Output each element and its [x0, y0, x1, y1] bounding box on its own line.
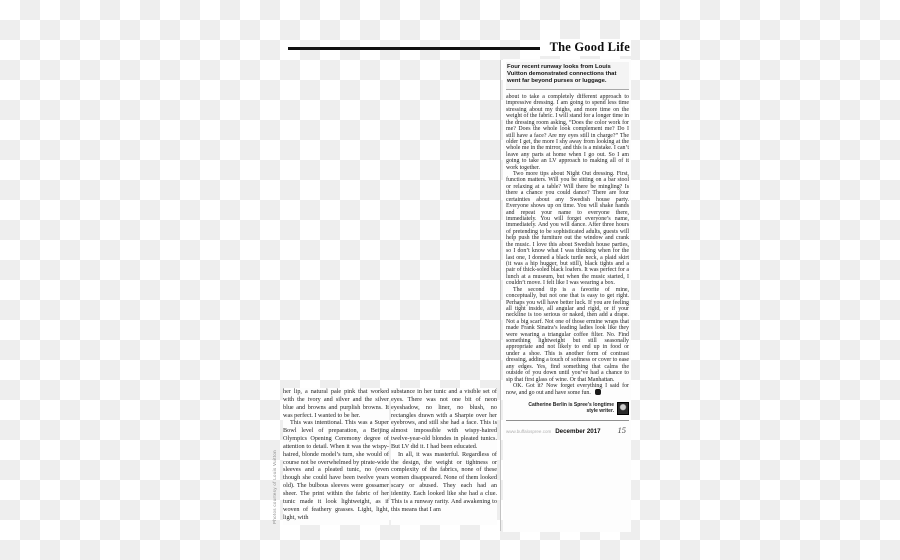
photo-credit: Photos courtesy of Louis Vuitton [272, 442, 280, 524]
article-column-2: substance in her tunic and a visible set… [391, 388, 497, 525]
column-paragraph-text: OK. Got it? Now forget everything I said… [506, 383, 629, 396]
page-title: The Good Life [540, 39, 631, 56]
footer-issue-date: December 2017 [555, 428, 600, 435]
column-divider [500, 60, 501, 531]
article-column-3: Four recent runway looks from Louis Vuit… [503, 59, 631, 532]
column-paragraph: OK. Got it? Now forget everything I said… [506, 383, 629, 397]
column-paragraph: This was intentional. This was a Super B… [283, 419, 389, 521]
column-paragraph: her lip, a natural pale pink that worked… [283, 388, 389, 419]
column-paragraph: substance in her tunic and a visible set… [391, 388, 497, 451]
header-rule [288, 47, 546, 50]
column-paragraph: about to take a completely different app… [506, 94, 629, 171]
footer-page-number: 15 [618, 425, 627, 435]
column-paragraph: The second tip is a favorite of mine, co… [506, 287, 629, 383]
author-photo [617, 402, 629, 415]
column-paragraph: In all, it was masterful. Regardless of … [391, 451, 497, 514]
column-paragraph: Two more tips about Night Out dressing. … [506, 171, 629, 287]
article-deck: Four recent runway looks from Louis Vuit… [506, 62, 629, 90]
article-body: about to take a completely different app… [506, 94, 629, 397]
byline: Catherine Berlin is Spree’s longtime sty… [506, 402, 629, 415]
footer-website: www.buffalospree.com [506, 429, 551, 434]
article-column-1: her lip, a natural pale pink that worked… [283, 388, 389, 525]
end-of-article-icon [595, 389, 601, 395]
page-footer: www.buffalospree.com December 2017 15 [506, 420, 629, 435]
byline-text: Catherine Berlin is Spree’s longtime sty… [526, 402, 614, 414]
